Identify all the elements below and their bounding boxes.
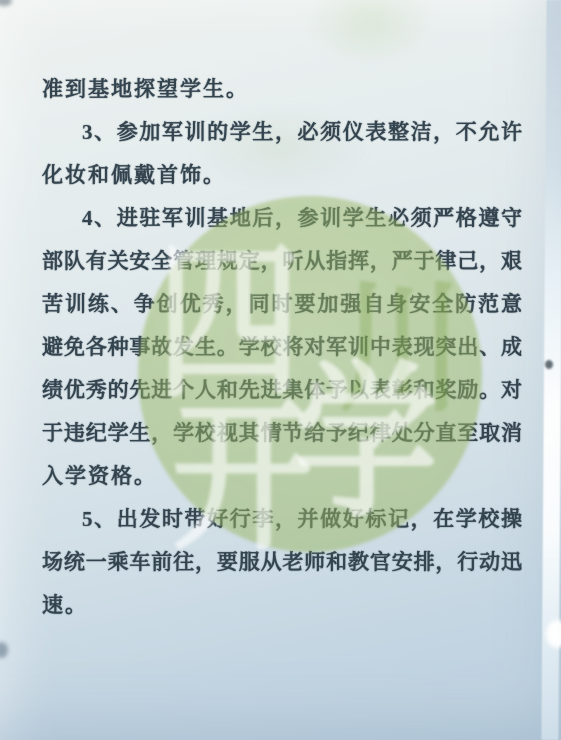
corner-shadow-bottom-left <box>0 642 8 658</box>
text-line: 避免各种事故发生。学校将对军训中表现突出、成 <box>42 326 522 369</box>
text-line: 速。 <box>42 584 522 627</box>
text-line: 场统一乘车前往，要服从老师和教官安排，行动迅 <box>42 541 522 584</box>
text-line: 化妆和佩戴首饰。 <box>42 154 522 197</box>
corner-shadow-top-left <box>0 0 12 6</box>
text-line: 3、参加军训的学生，必须仪表整洁，不允许 <box>42 111 522 154</box>
glare-spot <box>546 620 561 648</box>
text-line: 苦训练、争创优秀，同时要加强自身安全防范意识， <box>42 283 522 326</box>
text-line: 入学资格。 <box>42 455 522 498</box>
text-line: 准到基地探望学生。 <box>42 68 522 111</box>
dark-speck <box>545 360 553 369</box>
text-line: 于违纪学生，学校视其情节给予纪律处分直至取消 <box>42 412 522 455</box>
text-line: 5、出发时带好行李，并做好标记，在学校操 <box>42 498 522 541</box>
text-line: 4、进驻军训基地后，参训学生必须严格遵守 <box>42 197 522 240</box>
photo-document-page: 准到基地探望学生。 3、参加军训的学生，必须仪表整洁，不允许 化妆和佩戴首饰。 … <box>0 0 561 740</box>
document-text-block: 准到基地探望学生。 3、参加军训的学生，必须仪表整洁，不允许 化妆和佩戴首饰。 … <box>42 68 522 627</box>
text-line: 绩优秀的先进个人和先进集体予以表彰和奖励。对 <box>42 369 522 412</box>
text-line: 部队有关安全管理规定，听从指挥，严于律己，艰 <box>42 240 522 283</box>
